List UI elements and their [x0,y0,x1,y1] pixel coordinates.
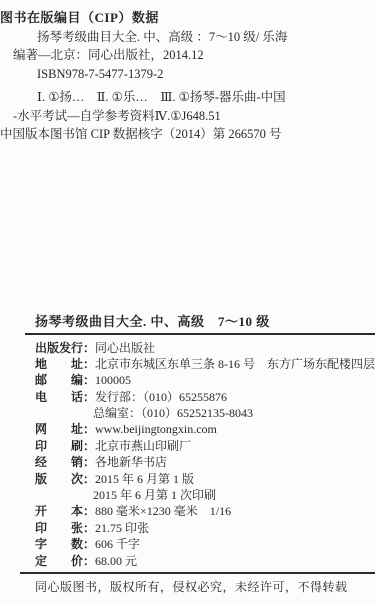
row-postcode: 邮 编： 100005 [35,372,375,388]
bottom-rule [20,572,375,574]
row-value: 68.00 元 [95,553,137,569]
row-value: 北京市东城区东单三条 8-16 号 东方广场东配楼四层 [95,356,375,372]
row-label: 电 话： [35,389,95,405]
cip-line-title: 扬琴考级曲目大全. 中、高级 ：7～10 级/ 乐海 [37,28,375,47]
row-value: 各地新华书店 [95,454,167,470]
row-distributor: 经 销： 各地新华书店 [35,454,375,470]
colophon-rows: 出版发行： 同心出版社 地 址： 北京市东城区东单三条 8-16 号 东方广场东… [35,340,375,569]
cip-line-isbn: ISBN978-7-5477-1379-2 [37,65,375,84]
cip-line-classification: Ⅰ. ①扬… Ⅱ. ①乐… Ⅲ. ①扬琴-器乐曲-中国 [37,88,375,107]
row-label: 经 销： [35,454,95,470]
row-phone-editorial: 总编室：（010）65252135-8043 [35,405,375,421]
cip-section: 图书在版编目（CIP）数据 扬琴考级曲目大全. 中、高级 ：7～10 级/ 乐海… [0,0,375,144]
row-label: 邮 编： [35,372,95,388]
row-label: 地 址： [35,356,95,372]
copyright-notice: 同心版图书，版权所有，侵权必究，未经许可，不得转载 [35,578,375,595]
row-label: 出版发行： [35,340,95,356]
blank-area [0,144,375,311]
row-value: 21.75 印张 [95,520,149,536]
row-value: www.beijingtongxin.com [95,421,217,437]
book-title: 扬琴考级曲目大全. 中、高级 7～10 级 [35,311,375,330]
colophon-section: 扬琴考级曲目大全. 中、高级 7～10 级 出版发行： 同心出版社 地 址： 北… [0,311,375,569]
row-value: 总编室：（010）65252135-8043 [93,405,253,421]
row-word-count: 字 数： 606 千字 [35,536,375,552]
row-value: 同心出版社 [95,340,155,356]
row-value: 606 千字 [95,536,140,552]
row-value: 100005 [95,372,131,388]
row-price: 定 价： 68.00 元 [35,553,375,569]
row-edition: 版 次： 2015 年 6 月第 1 版 [35,471,375,487]
row-print-run: 2015 年 6 月第 1 次印刷 [35,487,375,503]
row-value: 880 毫米×1230 毫米 1/16 [95,503,231,519]
cip-header: 图书在版编目（CIP）数据 [0,9,375,28]
row-label: 字 数： [35,536,95,552]
row-label: 定 价： [35,553,95,569]
row-format: 开 本： 880 毫米×1230 毫米 1/16 [35,503,375,519]
book-copyright-page: 图书在版编目（CIP）数据 扬琴考级曲目大全. 中、高级 ：7～10 级/ 乐海… [0,0,375,603]
row-publisher: 出版发行： 同心出版社 [35,340,375,356]
title-underline: 扬琴考级曲目大全. 中、高级 7～10 级 [25,311,375,335]
row-label: 网 址： [35,421,95,437]
row-label: 印 张： [35,520,95,536]
row-label: 开 本： [35,503,95,519]
cip-line-publisher: 编著—北京：同心出版社，2014.12 [13,46,375,65]
row-value: 2015 年 6 月第 1 次印刷 [93,487,216,503]
row-phone-distribution: 电 话： 发行部：（010）65255876 [35,389,375,405]
row-value: 北京市燕山印刷厂 [95,438,191,454]
row-value: 发行部：（010）65255876 [95,389,227,405]
row-value: 2015 年 6 月第 1 版 [95,471,194,487]
row-address: 地 址： 北京市东城区东单三条 8-16 号 东方广场东配楼四层 [35,356,375,372]
row-website: 网 址： www.beijingtongxin.com [35,421,375,437]
row-sheets: 印 张： 21.75 印张 [35,520,375,536]
row-label: 版 次： [35,471,95,487]
row-label: 印 刷： [35,438,95,454]
row-printer: 印 刷： 北京市燕山印刷厂 [35,438,375,454]
cip-line-classification-cont: -水平考试—自学参考资料Ⅳ.①J648.51 [13,107,375,126]
cip-record-number: 中国版本图书馆 CIP 数据核字（2014）第 266570 号 [0,125,375,144]
